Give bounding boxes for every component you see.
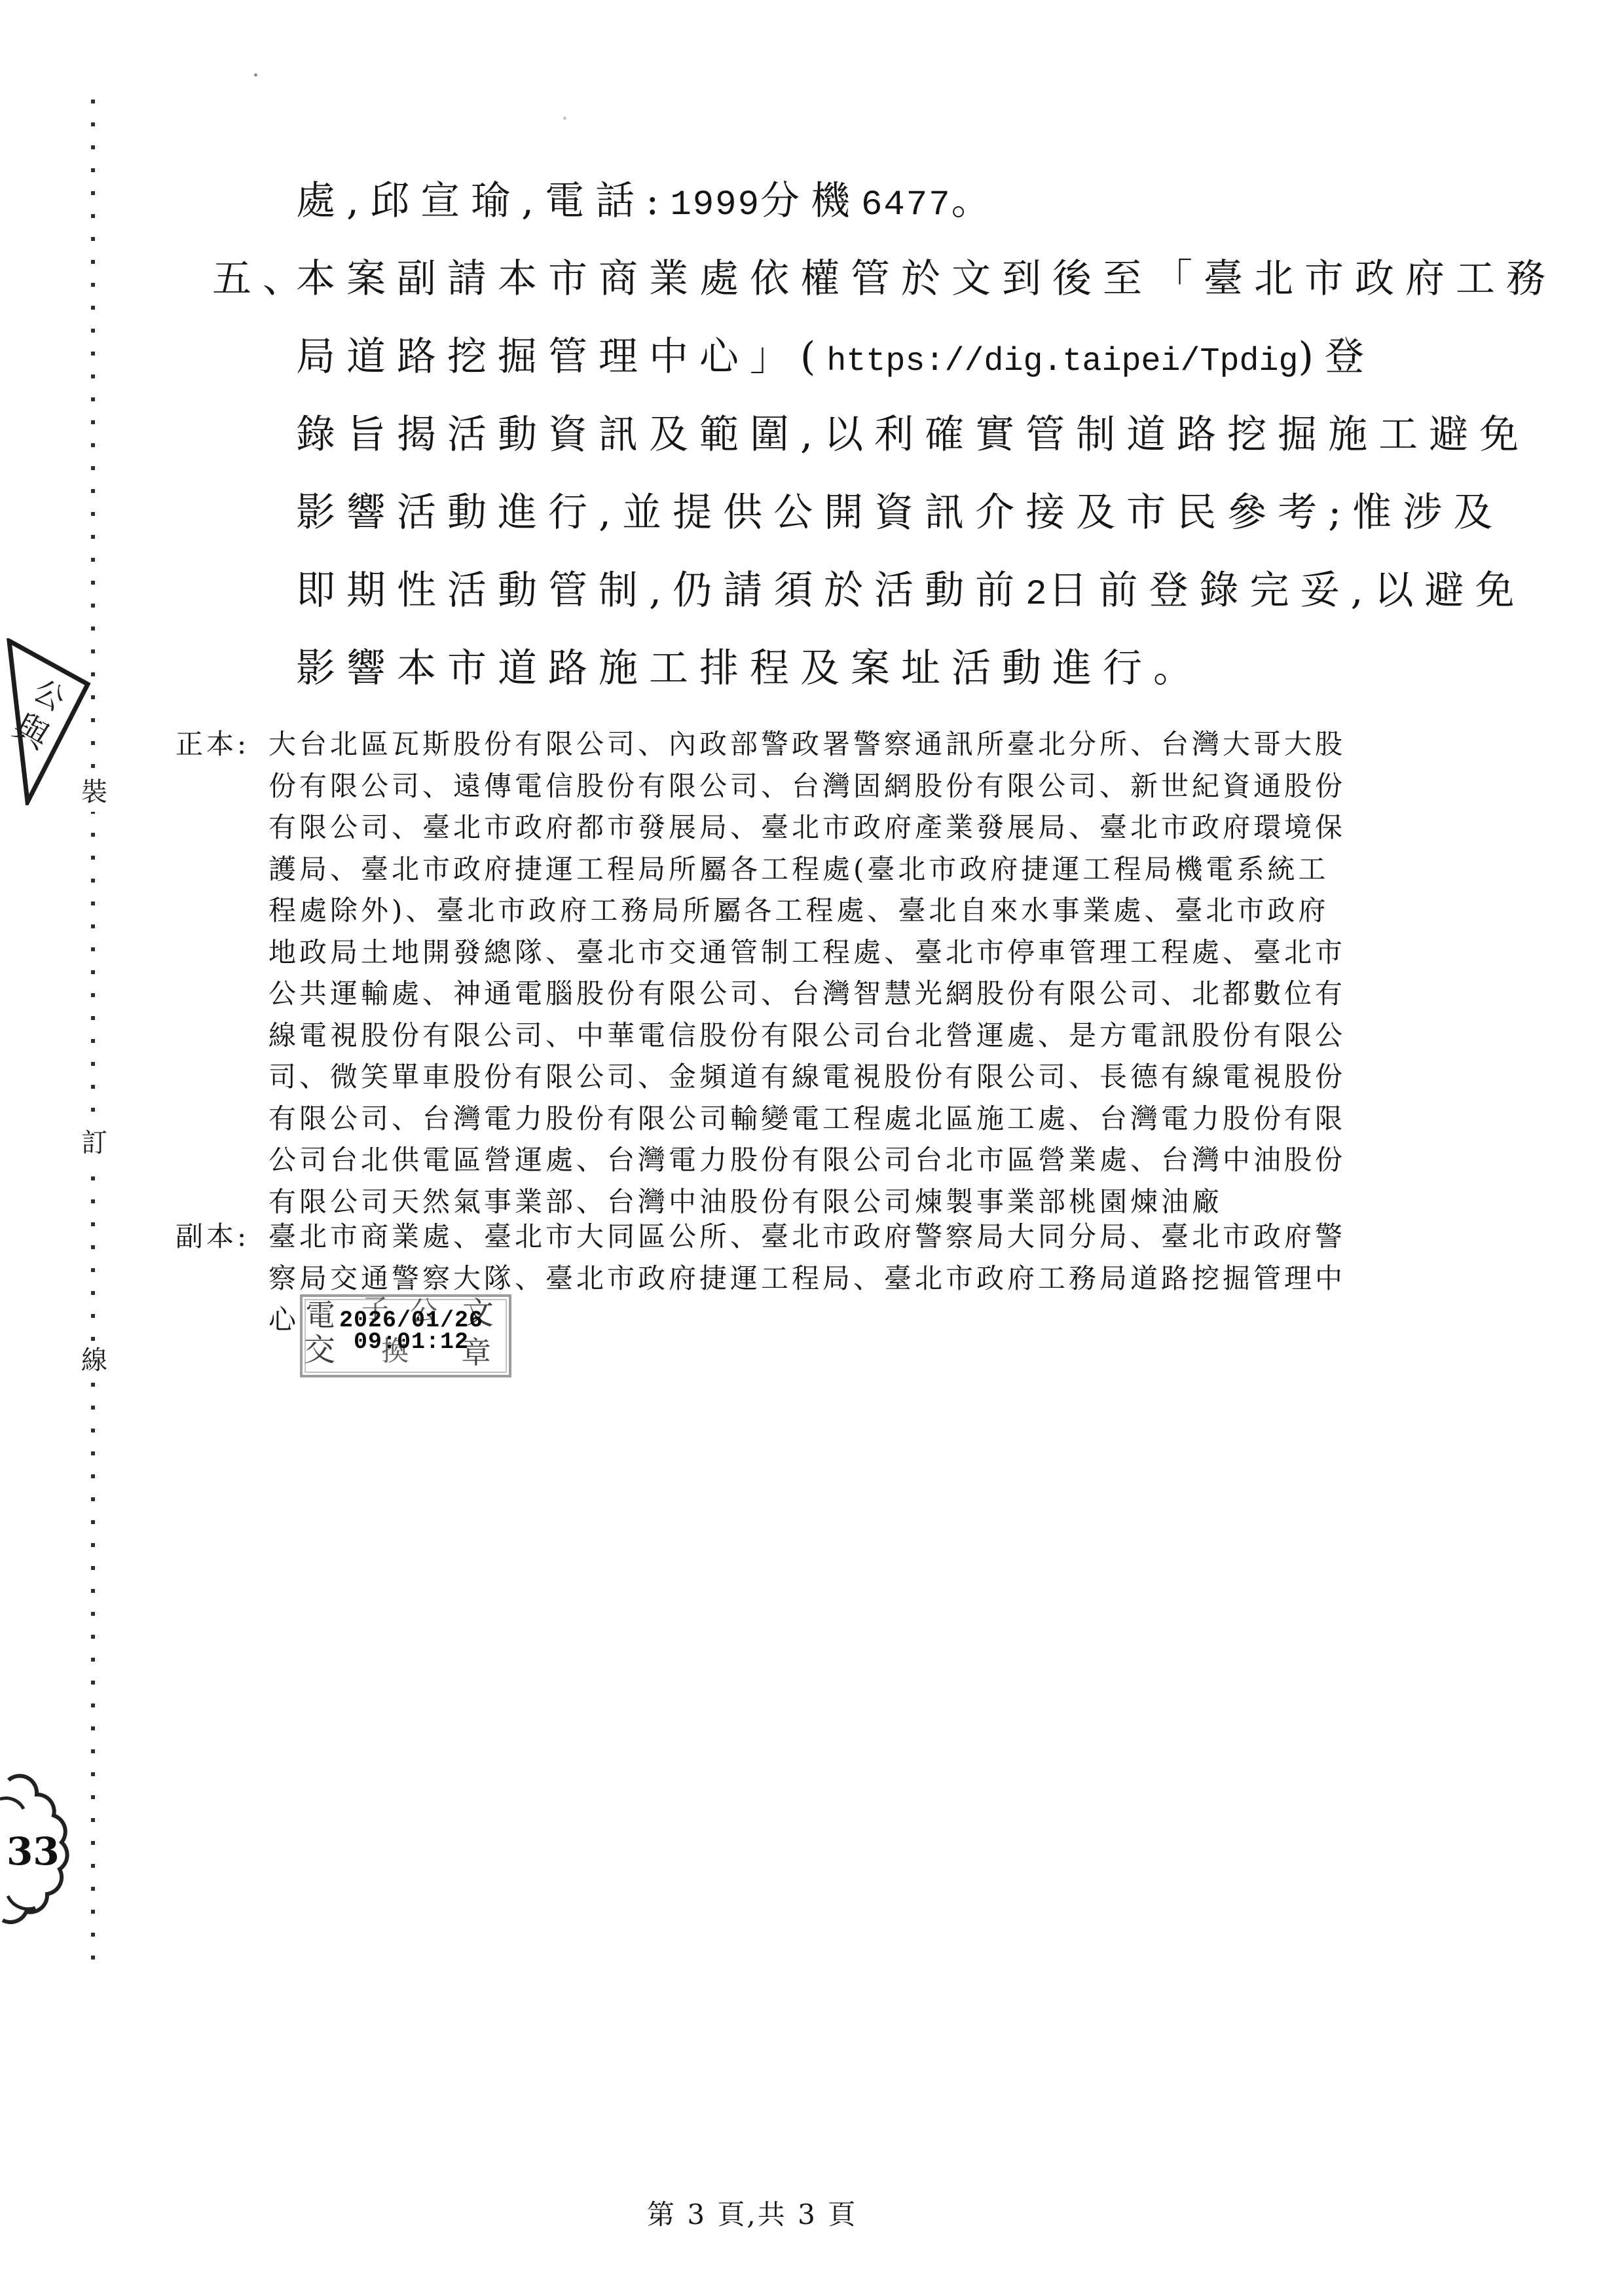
scan-speck	[563, 117, 566, 120]
recipient-line: 大台北區瓦斯股份有限公司、內政部警政署警察通訊所臺北分所、台灣大哥大股	[268, 723, 1346, 765]
stamp-time: 09:01:12	[354, 1331, 469, 1354]
item5-line-text: 局道路挖掘管理中心」(	[296, 334, 826, 380]
recipient-line: 護局、臺北市政府捷運工程局所屬各工程處(臺北市政府捷運工程局機電系統工	[268, 848, 1346, 890]
stamp-char-dian: 電	[305, 1300, 335, 1330]
binding-mark-xian: 線	[79, 1341, 109, 1380]
scan-speck	[254, 73, 257, 77]
item5-line: 影響本市道路施工排程及案址活動進行。	[296, 630, 1557, 708]
item5-line: 即期性活動管制,仍請須於活動前2日前登錄完妥,以避免	[296, 552, 1557, 630]
stamp-char-jiao: 交	[304, 1334, 335, 1366]
item5-line-text: )登	[1299, 334, 1375, 380]
contact-line: 處,邱宣瑜,電話:1999分機6477。	[296, 162, 1002, 244]
original-recipients-list: 大台北區瓦斯股份有限公司、內政部警政署警察通訊所臺北分所、台灣大哥大股 份有限公…	[268, 723, 1346, 1222]
item5-line: 本案副請本市商業處依權管於文到後至「臺北市政府工務	[296, 240, 1557, 318]
recipient-line: 有限公司、臺北市政府都市發展局、臺北市政府產業發展局、臺北市政府環境保	[268, 807, 1346, 848]
partial-round-seal: 33	[0, 1768, 82, 1931]
recipient-line: 察局交通警察大隊、臺北市政府捷運工程局、臺北市政府工務局道路挖掘管理中	[268, 1258, 1346, 1300]
page-number-footer: 第 3 頁,共 3 頁	[647, 2193, 857, 2232]
contact-text: 處,邱宣瑜,電話:	[296, 178, 670, 224]
item5-line: 錄旨揭活動資訊及範圍,以利確實管制道路挖掘施工避免	[296, 396, 1557, 474]
recipient-line: 公司台北供電區營運處、台灣電力股份有限公司台北市區營業處、台灣中油股份	[268, 1139, 1346, 1181]
recipient-line: 程處除外)、臺北市政府工務局所屬各工程處、臺北自來水事業處、臺北市政府	[268, 890, 1346, 932]
recipient-line: 臺北市商業處、臺北市大同區公所、臺北市政府警察局大同分局、臺北市政府警	[268, 1216, 1346, 1258]
item5-line-text: 即期性活動管制,仍請須於活動前	[296, 568, 1025, 613]
recipient-line: 地政局土地開發總隊、臺北市交通管制工程處、臺北市停車管理工程處、臺北市	[268, 932, 1346, 974]
original-recipients-label: 正本:	[175, 723, 249, 765]
recipient-line: 有限公司、台灣電力股份有限公司輸變電工程處北區施工處、台灣電力股份有限	[268, 1098, 1346, 1140]
binding-mark-ding: 訂	[79, 1123, 109, 1163]
period: 。	[951, 178, 1002, 224]
recipient-line: 公共運輸處、神通電腦股份有限公司、台灣智慧光網股份有限公司、北都數位有	[268, 973, 1346, 1015]
item5-line: 局道路挖掘管理中心」(https://dig.taipei/Tpdig)登	[296, 318, 1557, 396]
phone-number: 1999	[670, 185, 760, 225]
copy-recipients-label: 副本:	[175, 1216, 249, 1258]
recipient-line: 線電視股份有限公司、中華電信股份有限公司台北營運處、是方電訊股份有限公	[268, 1015, 1346, 1057]
partial-triangle-seal: 公 與	[0, 638, 98, 805]
dig-taipei-url: https://dig.taipei/Tpdig	[826, 343, 1298, 380]
item5-paragraph: 本案副請本市商業處依權管於文到後至「臺北市政府工務 局道路挖掘管理中心」(htt…	[296, 240, 1557, 708]
binding-dotted-line	[91, 100, 95, 1960]
round-seal-number: 33	[7, 1829, 60, 1874]
recipient-line: 份有限公司、遠傳電信股份有限公司、台灣固網股份有限公司、新世紀資通股份	[268, 765, 1346, 807]
extension-number: 6477	[861, 185, 951, 225]
document-page: 裝 訂 線 公 與 33 處,邱宣瑜,電話:1999分機6477。 五、 本案副…	[0, 0, 1624, 2296]
extension-label: 分機	[760, 178, 861, 224]
item5-line-text: 日前登錄完妥,以避免	[1048, 568, 1525, 613]
days-number: 2	[1025, 575, 1048, 615]
recipient-line: 司、微笑單車股份有限公司、金頻道有線電視股份有限公司、長德有線電視股份	[268, 1056, 1346, 1098]
item5-line: 影響活動進行,並提供公開資訊介接及市民參考;惟涉及	[296, 474, 1557, 552]
